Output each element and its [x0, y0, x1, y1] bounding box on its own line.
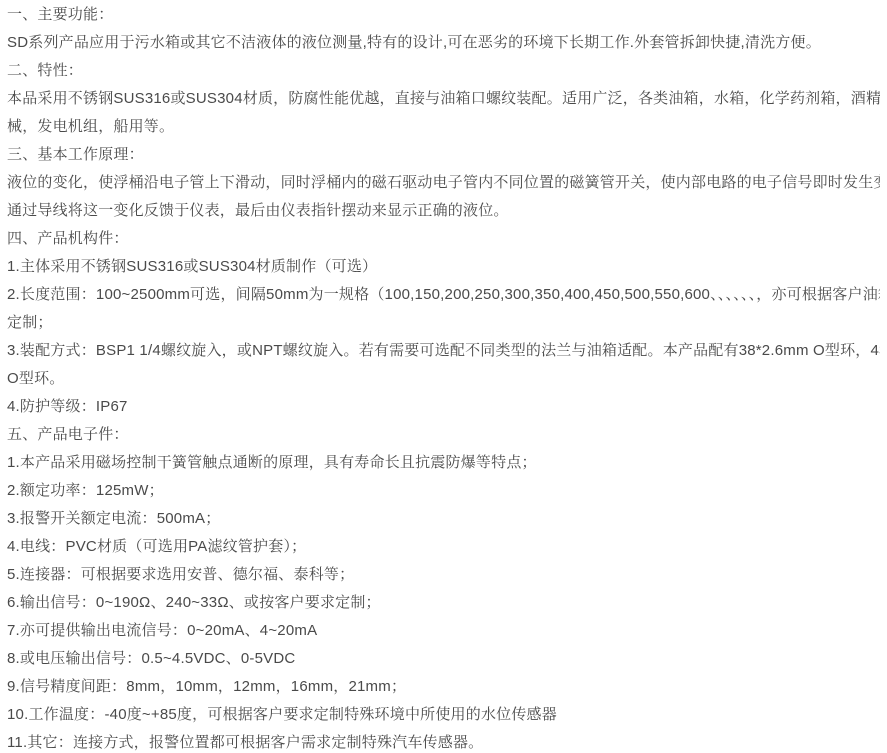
section-heading-mechanical-parts: 四、产品机构件：: [7, 225, 880, 253]
text-line: 3.装配方式：BSP1 1/4螺纹旋入，或NPT螺纹旋入。若有需要可选配不同类型…: [7, 337, 880, 365]
text-line: 1.主体采用不锈钢SUS316或SUS304材质制作（可选）: [7, 253, 880, 281]
text-line: 通过导线将这一变化反馈于仪表，最后由仪表指针摆动来显示正确的液位。: [7, 197, 880, 225]
text-line: 5.连接器：可根据要求选用安普、德尔福、泰科等；: [7, 561, 880, 589]
text-line: 2.长度范围：100~2500mm可选，间隔50mm为一规格（100,150,2…: [7, 281, 880, 309]
text-line: 10.工作温度：-40度~+85度，可根据客户要求定制特殊环境中所使用的水位传感…: [7, 701, 880, 729]
section-heading-main-functions: 一、主要功能：: [7, 1, 880, 29]
text-line: 7.亦可提供输出电流信号：0~20mA、4~20mA: [7, 617, 880, 645]
text-line: SD系列产品应用于污水箱或其它不洁液体的液位测量,特有的设计,可在恶劣的环境下长…: [7, 29, 880, 57]
text-line: 11.其它：连接方式，报警位置都可根据客户需求定制特殊汽车传感器。: [7, 729, 880, 753]
product-description-document: 一、主要功能： SD系列产品应用于污水箱或其它不洁液体的液位测量,特有的设计,可…: [0, 0, 887, 753]
text-line: 8.或电压输出信号：0.5~4.5VDC、0-5VDC: [7, 645, 880, 673]
text-line: 6.输出信号：0~190Ω、240~33Ω、或按客户要求定制；: [7, 589, 880, 617]
text-line: 2.额定功率：125mW；: [7, 477, 880, 505]
text-line: 4.防护等级：IP67: [7, 393, 880, 421]
text-line: 4.电线：PVC材质（可选用PA滤纹管护套）；: [7, 533, 880, 561]
text-line: O型环。: [7, 365, 880, 393]
text-line: 本品采用不锈钢SUS316或SUS304材质，防腐性能优越，直接与油箱口螺纹装配…: [7, 85, 880, 113]
text-line: 械，发电机组，船用等。: [7, 113, 880, 141]
section-heading-electronic-parts: 五、产品电子件：: [7, 421, 880, 449]
text-line: 定制；: [7, 309, 880, 337]
text-line: 液位的变化，使浮桶沿电子管上下滑动，同时浮桶内的磁石驱动电子管内不同位置的磁簧管…: [7, 169, 880, 197]
text-line: 3.报警开关额定电流：500mA；: [7, 505, 880, 533]
section-heading-working-principle: 三、基本工作原理：: [7, 141, 880, 169]
section-heading-features: 二、特性：: [7, 57, 880, 85]
text-line: 9.信号精度间距：8mm，10mm，12mm，16mm，21mm；: [7, 673, 880, 701]
text-line: 1.本产品采用磁场控制干簧管触点通断的原理，具有寿命长且抗震防爆等特点；: [7, 449, 880, 477]
